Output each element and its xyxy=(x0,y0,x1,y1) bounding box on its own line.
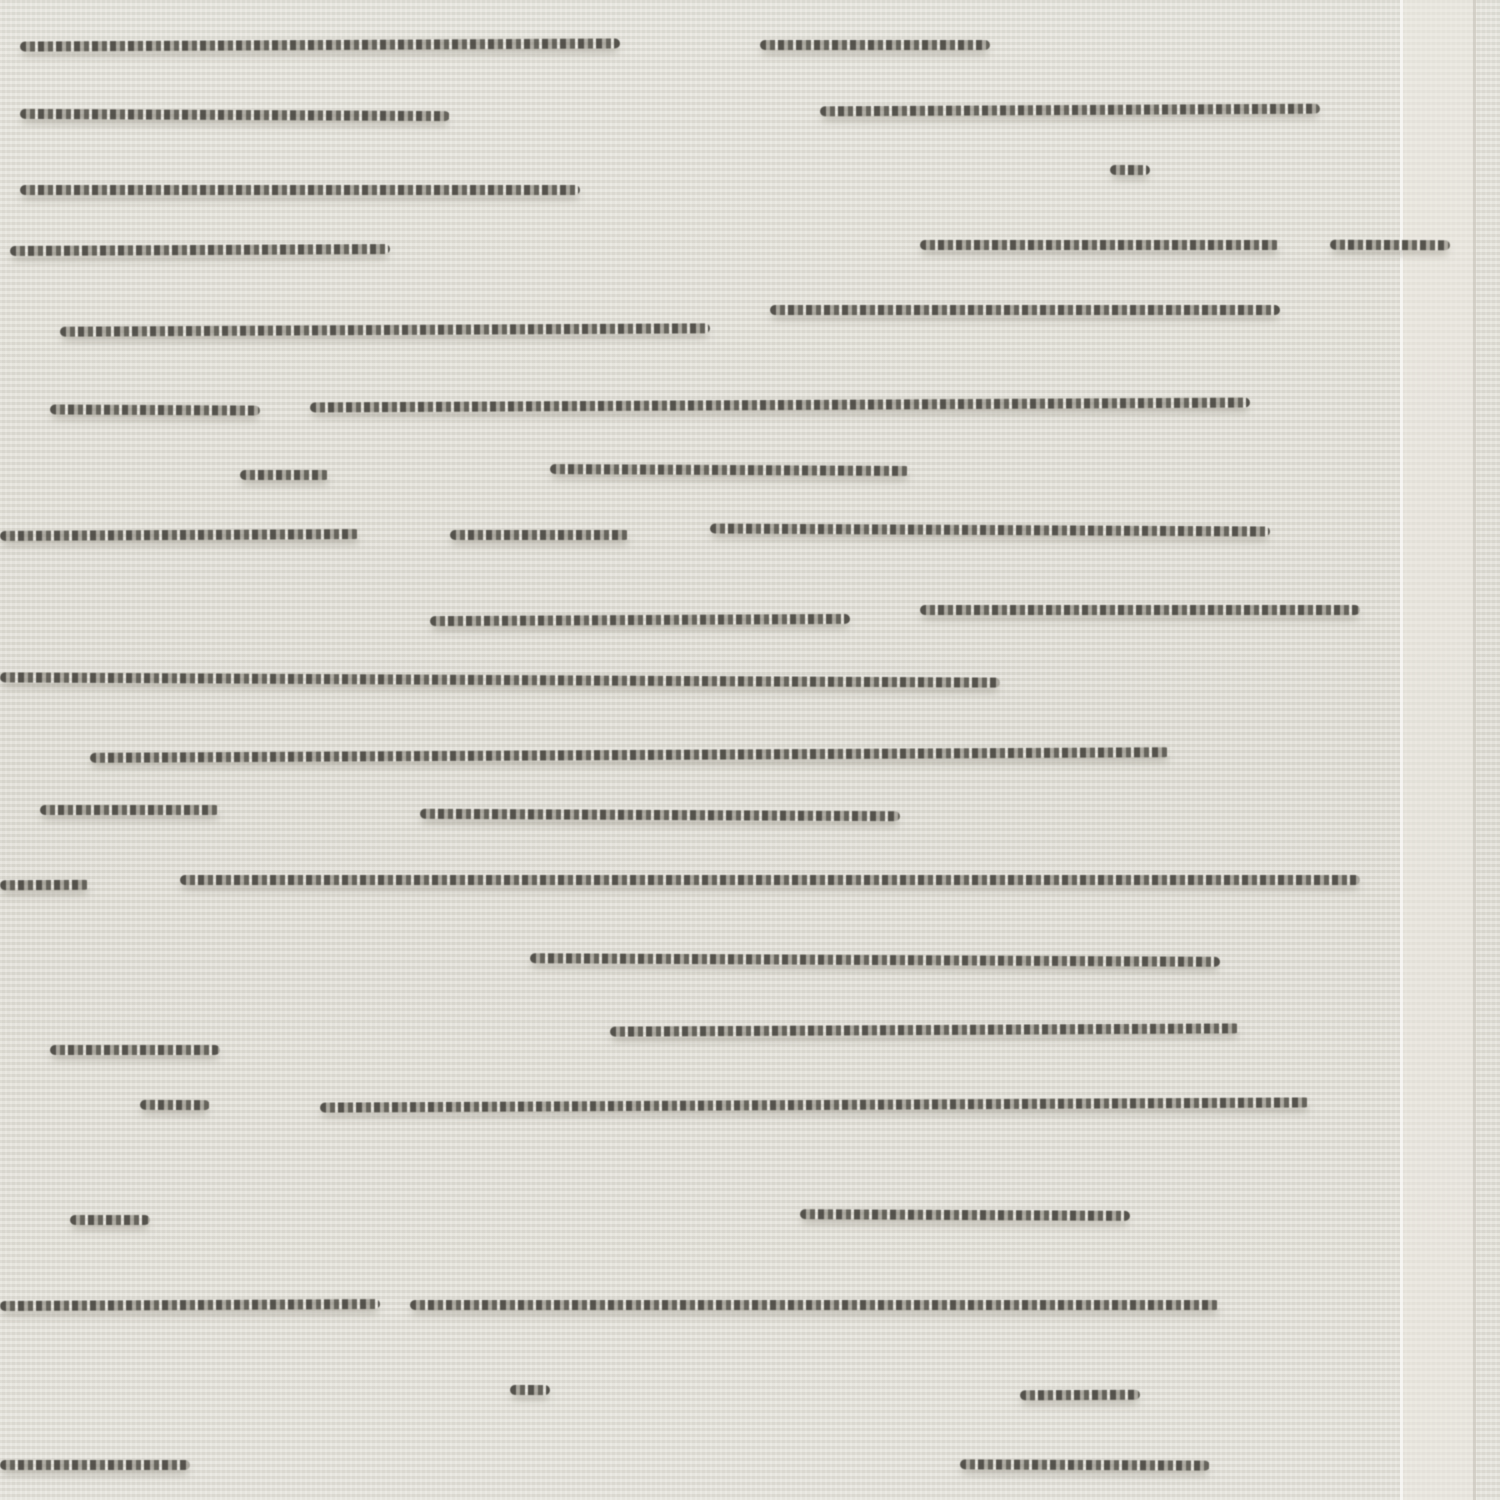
streak xyxy=(430,614,850,626)
carpet-texture-photo xyxy=(0,0,1500,1500)
streak xyxy=(920,240,1280,250)
streak xyxy=(50,404,260,415)
streak xyxy=(90,747,1170,763)
streak xyxy=(510,1385,550,1395)
streak xyxy=(70,1215,150,1225)
streak xyxy=(710,524,1270,537)
streak xyxy=(0,529,360,541)
streak xyxy=(610,1023,1240,1036)
streak xyxy=(180,875,1360,885)
streak xyxy=(0,672,1000,687)
streak xyxy=(1330,240,1450,251)
streak xyxy=(10,244,390,256)
streak xyxy=(420,809,900,822)
streak xyxy=(800,1209,1130,1221)
streak xyxy=(20,185,580,195)
streak xyxy=(0,1299,380,1311)
streak xyxy=(960,1459,1210,1470)
streak xyxy=(820,104,1320,117)
streak xyxy=(0,880,90,890)
streak xyxy=(920,605,1360,615)
streak xyxy=(240,470,330,480)
streak xyxy=(410,1300,1220,1310)
streak xyxy=(40,805,220,815)
carpet-border-band xyxy=(1400,0,1476,1500)
streak xyxy=(60,323,710,336)
streak xyxy=(320,1097,1310,1112)
streak xyxy=(310,398,1250,413)
streak xyxy=(770,305,1280,315)
streak xyxy=(530,953,1220,967)
streak xyxy=(1020,1390,1140,1401)
streak xyxy=(0,1460,190,1470)
streak xyxy=(20,38,620,51)
streak xyxy=(450,530,630,540)
streak xyxy=(550,464,910,476)
streak xyxy=(760,40,990,50)
streak xyxy=(20,109,450,121)
streak xyxy=(1110,165,1150,175)
streak xyxy=(50,1045,220,1055)
streak xyxy=(140,1100,210,1110)
